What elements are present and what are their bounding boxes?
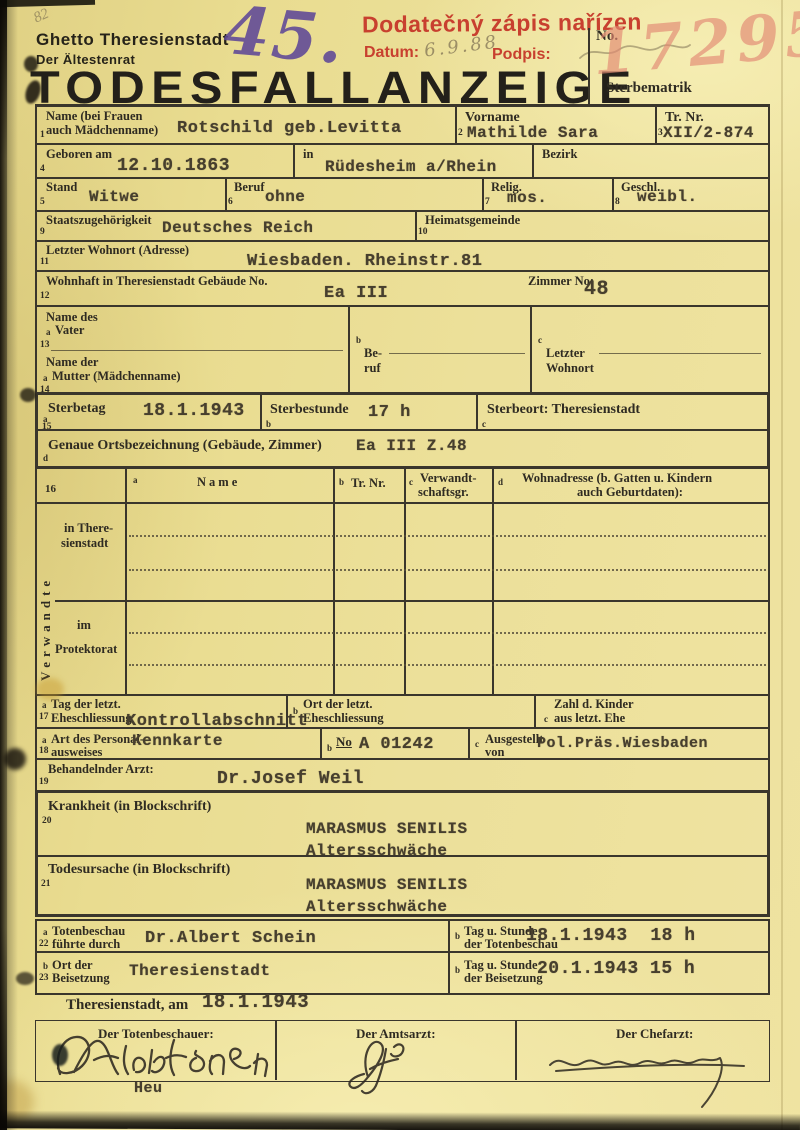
divider: [37, 951, 768, 953]
sub-a: a: [133, 475, 138, 485]
geschl-value: weibl.: [637, 188, 698, 206]
divider: [38, 429, 767, 431]
field-number-16: 16: [45, 483, 56, 495]
name-label-line2: auch Mädchenname): [46, 124, 158, 138]
sub-c: c: [475, 739, 479, 749]
field-number-12: 12: [40, 291, 50, 301]
field-row-staat: Staatszugehörigkeit 9 Deutsches Reich He…: [35, 210, 770, 242]
todesursache-value-line2: Altersschwäche: [306, 898, 447, 916]
scanned-death-notice-document: 82 Ghetto Theresienstadt Der Ältestenrat…: [0, 0, 800, 1130]
zimmer-value: 48: [584, 278, 609, 301]
mutter-label-line1: Name der: [46, 356, 98, 370]
handwritten-case-number: 45.: [221, 0, 348, 79]
field-row-geboren: Geboren am 4 12.10.1863 in Rüdesheim a/R…: [35, 143, 770, 179]
arzt-label: Behandelnder Arzt:: [48, 763, 154, 777]
divider: [225, 179, 227, 210]
ort-ehe-label-line1: Ort der letzt.: [303, 698, 373, 712]
field-number-5: 5: [40, 197, 45, 207]
sub-c: c: [538, 335, 542, 345]
krankheit-box: Krankheit (in Blockschrift) 20 MARASMUS …: [35, 790, 770, 917]
tag-ehe-label-line1: Tag der letzt.: [51, 698, 121, 712]
wohnort-col-label-line2: Wohnort: [546, 362, 594, 376]
sub-c: c: [409, 477, 413, 487]
row-protektorat-label-line2: Protektorat: [55, 643, 117, 657]
row-theresienstadt-label-line2: sienstadt: [61, 537, 108, 551]
ausweis-typed-kontrollabschnitt: Kontrollabschnitt: [126, 712, 308, 731]
row-theresienstadt-label-line1: in There-: [64, 522, 113, 536]
field-number-6: 6: [228, 197, 233, 207]
field-row-arzt: Behandelnder Arzt: 19 Dr.Josef Weil: [35, 758, 770, 792]
sub-a: a: [43, 927, 48, 937]
wohnort-col-label-line1: Letzter: [546, 347, 585, 361]
sterbestunde-value: 17 h: [368, 403, 411, 422]
field-number-21: 21: [41, 879, 51, 889]
header-divider-line: [588, 28, 590, 106]
tag-beisetzung-value: 20.1.1943 15 h: [537, 959, 695, 979]
dotted-line: [129, 535, 766, 537]
name-label-line1: Name (bei Frauen: [46, 110, 143, 124]
krankheit-value-line1: MARASMUS SENILIS: [306, 820, 468, 838]
divider: [293, 145, 295, 177]
paper-stain: [36, 678, 64, 700]
row-protektorat-label-line1: im: [77, 619, 91, 633]
ink-blot: [20, 388, 36, 402]
divider: [455, 107, 457, 144]
chefarzt-signature: [540, 1035, 755, 1111]
dotted-line: [129, 664, 766, 666]
sub-b: b: [266, 419, 271, 429]
sterbetag-box: Sterbetag 18.1.1943 a 15 Sterbestunde 17…: [35, 392, 770, 469]
field-row-stand: Stand 5 Witwe Beruf 6 ohne Relig. 7 mos.…: [35, 177, 770, 212]
verwandte-side-label: Verwandte: [39, 531, 53, 681]
geboren-value: 12.10.1863: [117, 156, 230, 176]
wohnort-value: Wiesbaden. Rheinstr.81: [247, 252, 482, 271]
totenbeschau-label-line2: führte durch: [52, 938, 120, 952]
sterbeort-label: Sterbeort: Theresienstadt: [487, 402, 640, 417]
col-verwandt-header-line2: schaftsgr.: [418, 486, 469, 500]
field-number-11: 11: [40, 257, 49, 267]
col-wohnadresse-header-line1: Wohnadresse (b. Gatten u. Kindern: [522, 472, 712, 486]
zahl-kinder-label-line1: Zahl d. Kinder: [554, 698, 634, 712]
org-name-line1: Ghetto Theresienstadt: [36, 30, 229, 50]
sub-b: b: [43, 961, 48, 971]
field-number-10: 10: [418, 227, 428, 237]
sub-d: d: [43, 453, 48, 463]
field-number-7: 7: [485, 197, 490, 207]
totenbeschau-value: Dr.Albert Schein: [145, 929, 316, 948]
ausweis-typed-kennkarte: Kennkarte: [132, 732, 223, 750]
field-row-wohnort: Letzter Wohnort (Adresse) 11 Wiesbaden. …: [35, 240, 770, 272]
sub-a: a: [43, 373, 48, 383]
divider: [37, 502, 768, 504]
beruf-value: ohne: [265, 188, 305, 206]
genaue-orts-label: Genaue Ortsbezeichnung (Gebäude, Zimmer): [48, 438, 322, 453]
divider: [612, 179, 614, 210]
field-number-19: 19: [39, 777, 49, 787]
beruf-label: Beruf: [234, 181, 265, 195]
staat-label: Staatszugehörigkeit: [46, 214, 152, 228]
field-number-1: 1: [40, 130, 45, 140]
stand-value: Witwe: [89, 188, 140, 206]
field-number-23: 23: [39, 973, 49, 983]
field-row-wohnhaft: Wohnhaft in Theresienstadt Gebäude No. 1…: [35, 270, 770, 307]
vorname-value: Mathilde Sara: [467, 124, 598, 142]
fill-line: [389, 353, 525, 354]
totenbeschauer-signature: [50, 1028, 275, 1084]
vorname-label: Vorname: [465, 110, 520, 125]
col-verwandt-header-line1: Verwandt-: [420, 472, 476, 486]
stamp-datum-label: Datum:: [364, 44, 419, 62]
ink-blot: [16, 972, 34, 985]
fill-line: [51, 350, 343, 351]
arzt-value: Dr.Josef Weil: [217, 769, 364, 789]
sub-d: d: [498, 477, 503, 487]
ort-beisetzung-label-line2: Beisetzung: [52, 972, 110, 986]
heimat-label: Heimatsgemeinde: [425, 214, 520, 228]
staat-value: Deutsches Reich: [162, 219, 314, 237]
trnr-label: Tr. Nr.: [665, 110, 704, 125]
divider: [482, 179, 484, 210]
wohnhaft-label: Wohnhaft in Theresienstadt Gebäude No.: [46, 275, 267, 289]
field-number-18: 18: [39, 746, 49, 756]
divider: [534, 696, 536, 727]
ausweis-no-value: A 01242: [359, 735, 434, 754]
divider: [275, 1021, 277, 1080]
place-date-label: Theresienstadt, am: [66, 997, 188, 1013]
sterbetag-label: Sterbetag: [48, 401, 106, 416]
field-number-13: 13: [40, 340, 50, 350]
sub-a: a: [42, 735, 47, 745]
field-number-17: 17: [39, 712, 49, 722]
divider: [515, 1021, 517, 1080]
zahl-kinder-label-line2: aus letzt. Ehe: [554, 712, 625, 726]
sub-c: c: [544, 714, 548, 724]
divider: [260, 395, 262, 430]
geboren-in-label: in: [303, 148, 313, 162]
divider: [476, 395, 478, 430]
col-wohnadresse-header-line2: auch Geburtdaten):: [577, 486, 683, 500]
genaue-orts-value: Ea III Z.48: [356, 437, 467, 455]
divider: [55, 600, 768, 602]
krankheit-label: Krankheit (in Blockschrift): [48, 799, 211, 814]
vater-label-line2: Vater: [55, 324, 84, 338]
paper-crease: [781, 0, 783, 1130]
pencil-corner-note: 82: [31, 6, 52, 28]
wohnort-label: Letzter Wohnort (Adresse): [46, 244, 189, 258]
ink-blot: [52, 1044, 68, 1066]
divider: [320, 729, 322, 758]
divider: [655, 107, 657, 144]
ausgestellt-value: Pol.Präs.Wiesbaden: [537, 735, 708, 752]
divider: [448, 921, 450, 993]
beruf-col-label-line1: Be-: [364, 347, 382, 361]
sub-b: b: [455, 931, 460, 941]
ausweis-no-label: No: [336, 735, 352, 749]
divider: [468, 729, 470, 758]
name-value: Rotschild geb.Levitta: [177, 119, 402, 138]
field-number-9: 9: [40, 227, 45, 237]
divider: [38, 855, 767, 857]
relatives-table: 16 a Name b Tr. Nr. c Verwandt- schaftsg…: [35, 467, 770, 696]
divider: [348, 307, 350, 392]
relig-value: mos.: [507, 189, 547, 207]
tag-totenbeschau-value: 18.1.1943 18 h: [526, 926, 696, 946]
field-row-name: Name (bei Frauen auch Mädchenname) 1 Rot…: [35, 104, 770, 145]
ort-beisetzung-value: Theresienstadt: [129, 962, 270, 980]
bezirk-label: Bezirk: [542, 148, 577, 162]
sterbestunde-label: Sterbestunde: [270, 402, 349, 417]
handwritten-registry-number: 17295: [589, 0, 800, 89]
tag-beisetzung-label-line2: der Beisetzung: [464, 972, 543, 986]
sterbetag-value: 18.1.1943: [143, 401, 245, 421]
geboren-in-value: Rüdesheim a/Rhein: [325, 158, 497, 176]
amtsarzt-signature: [336, 1033, 436, 1097]
field-number-4: 4: [40, 164, 45, 174]
ink-blot: [24, 56, 38, 72]
dotted-line: [129, 569, 766, 571]
stamp-podpis-label: Podpis:: [492, 46, 551, 64]
sub-a: a: [46, 327, 51, 337]
place-date-value: 18.1.1943: [202, 991, 309, 1013]
sub-b: b: [455, 965, 460, 975]
sub-b: b: [356, 335, 361, 345]
field-number-2: 2: [458, 128, 463, 138]
sub-b: b: [339, 477, 344, 487]
dotted-line: [129, 632, 766, 634]
field-number-22: 22: [39, 939, 49, 949]
field-number-8: 8: [615, 197, 620, 207]
divider: [532, 145, 534, 177]
trnr-value: XII/2-874: [663, 124, 754, 142]
col-trnr-header: Tr. Nr.: [351, 477, 386, 491]
tag-ehe-label-line2: Eheschliessung: [51, 712, 132, 726]
todesursache-value-line1: MARASMUS SENILIS: [306, 876, 468, 894]
geboren-label: Geboren am: [46, 148, 112, 162]
sub-c: c: [482, 419, 486, 429]
divider: [415, 212, 417, 240]
field-row-parents: Name des a Vater 13 Name der a Mutter (M…: [35, 305, 770, 394]
scan-edge-top: [0, 0, 95, 7]
beruf-col-label-line2: ruf: [364, 362, 381, 376]
stand-label: Stand: [46, 181, 77, 195]
krankheit-value-line2: Altersschwäche: [306, 842, 447, 860]
field-number-20: 20: [42, 816, 52, 826]
sub-b: b: [327, 743, 332, 753]
ort-ehe-label-line2: Eheschliessung: [303, 712, 384, 726]
fill-line: [599, 353, 761, 354]
scan-edge-bottom: [0, 1110, 800, 1130]
sub-a: a: [42, 700, 47, 710]
scan-edge-left-dark: [0, 0, 7, 1130]
col-name-header: Name: [197, 476, 240, 490]
mutter-label-line2: Mutter (Mädchenname): [52, 370, 181, 384]
divider: [530, 307, 532, 392]
wohnhaft-value: Ea III: [324, 284, 388, 303]
totenbeschau-box: a Totenbeschau 22 führte durch Dr.Albert…: [35, 919, 770, 995]
todesursache-label: Todesursache (in Blockschrift): [48, 862, 230, 877]
